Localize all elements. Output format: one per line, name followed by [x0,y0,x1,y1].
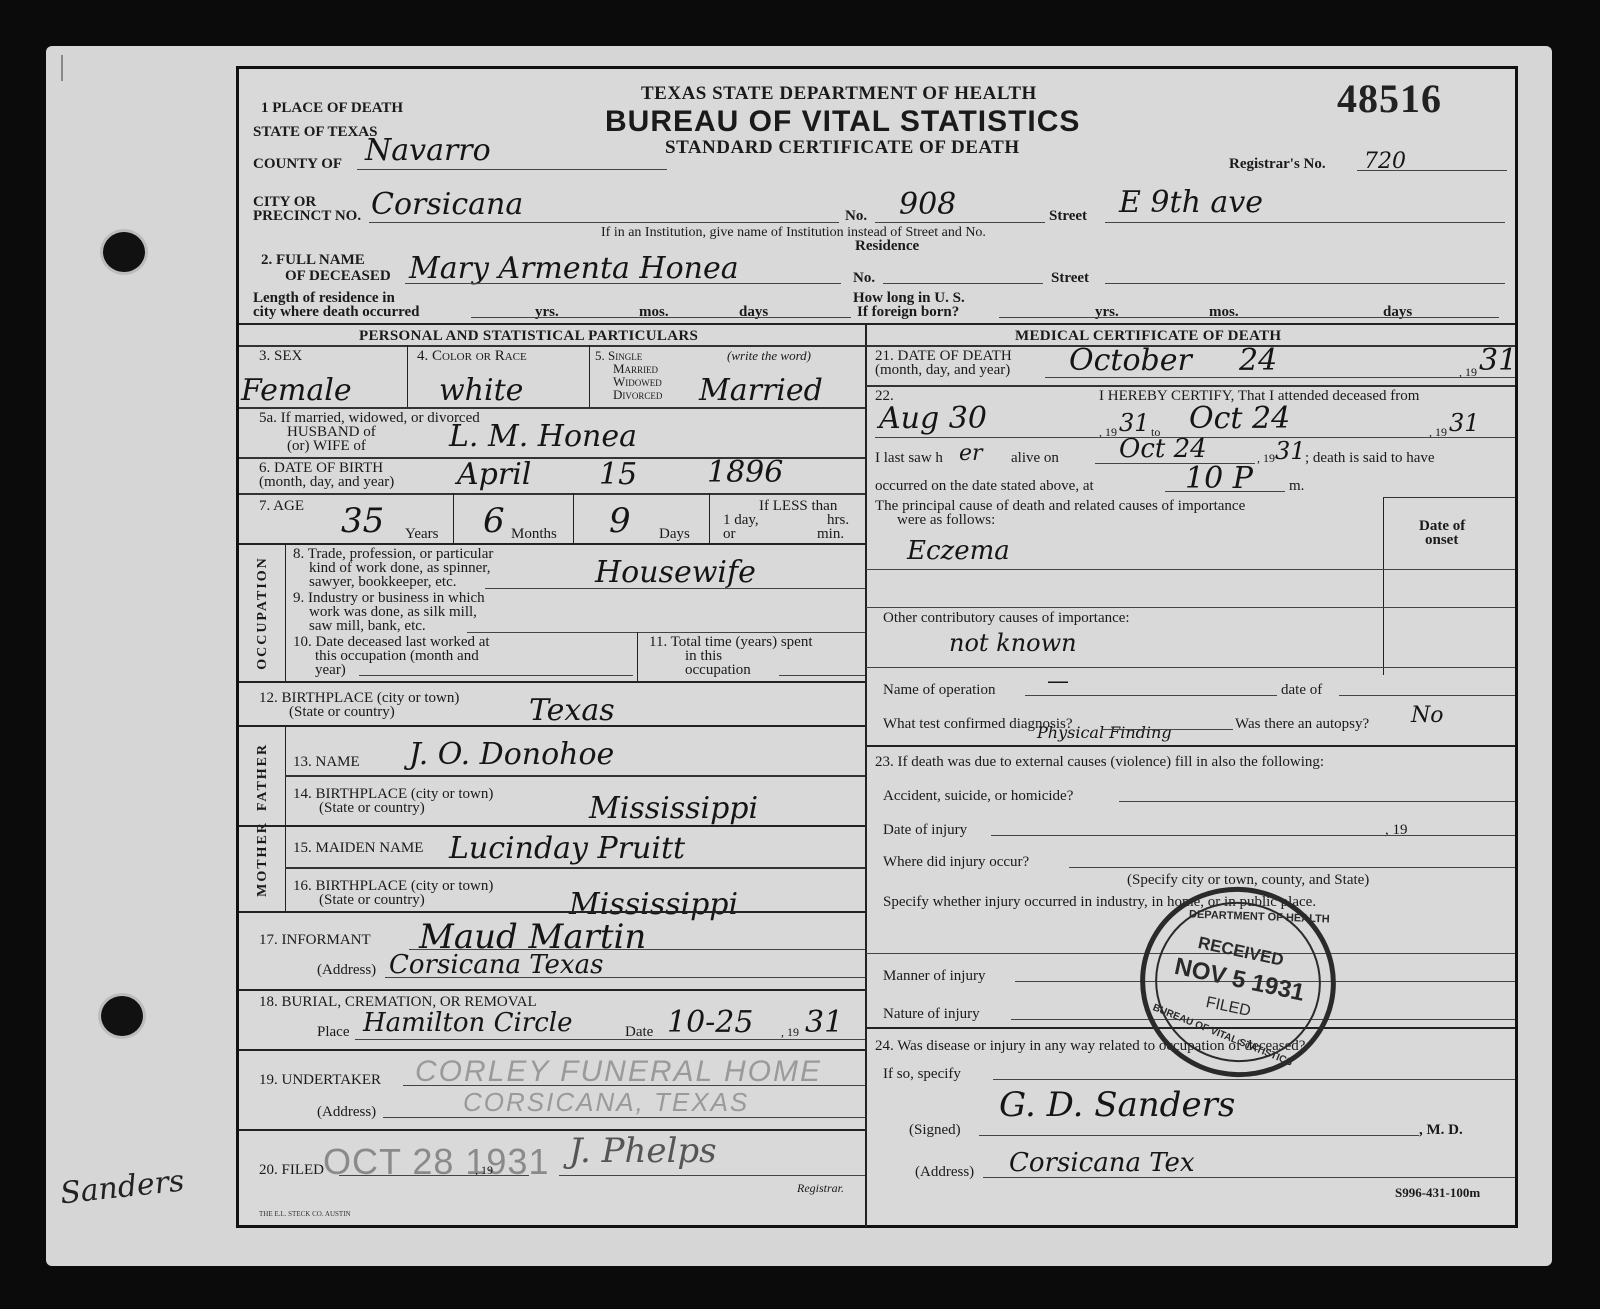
residence-no-label: No. [853,271,875,286]
undertaker-stamp: CORLEY FUNERAL HOME [415,1055,822,1089]
personal-section-title: PERSONAL AND STATISTICAL PARTICULARS [359,328,698,345]
dod-label-2: (month, day, and year) [875,363,1010,378]
institution-note: If in an Institution, give name of Insti… [601,225,986,240]
death-certificate-form: TEXAS STATE DEPARTMENT OF HEALTH BUREAU … [236,66,1518,1228]
full-name-label-2: OF DECEASED [285,269,391,284]
length-residence-label-2: city where death occurred [253,305,420,320]
undertaker-address-stamp: CORSICANA, TEXAS [463,1087,749,1118]
race-value: white [439,375,523,407]
address-no-value: 908 [899,189,956,221]
specify-note: (Specify city or town, county, and State… [1127,873,1369,888]
dod-month: October [1069,345,1192,377]
attended-to: Oct 24 [1189,403,1290,435]
printer-note: THE E.L. STECK CO. AUSTIN [259,1207,351,1222]
burial-date-label: Date [625,1025,653,1040]
street-label: Street [1049,209,1087,224]
signed-label: (Signed) [909,1123,961,1138]
death-said-label: ; death is said to have [1305,451,1435,466]
trade-value: Housewife [595,557,756,589]
operation-value: — [1047,669,1069,694]
deceased-name-value: Mary Armenta Honea [409,253,739,285]
less-than-label: If LESS than [759,499,837,514]
marital-note: (write the word) [727,349,811,363]
father-name-value: J. O. Donohoe [409,739,614,771]
industry-label-3: saw mill, bank, etc. [309,619,426,634]
test-value: Physical Finding [1037,723,1172,742]
last-worked-label-3: year) [315,663,346,678]
county-label: COUNTY OF [253,157,342,172]
undertaker-address-label: (Address) [317,1105,376,1120]
marital-divorced-label: Divorced [613,388,662,402]
physician-address-label: (Address) [915,1165,974,1180]
m-label: m. [1289,479,1304,494]
margin-tick-mark [61,55,63,81]
md-label: , M. D. [1419,1123,1463,1138]
dod-day: 24 [1239,345,1277,377]
occurred-label: occurred on the date stated above, at [875,479,1094,494]
father-side-label: FATHER [255,739,271,815]
last-saw-pronoun: er [959,441,983,466]
contributory-value: not known [949,627,1077,659]
where-injury-label: Where did injury occur? [883,855,1029,870]
dob-year: 1896 [707,457,783,489]
residence-street-label: Street [1051,271,1089,286]
age-label: 7. AGE [259,499,304,514]
city-label-2: PRECINCT NO. [253,209,361,224]
birthplace-value: Texas [529,695,615,727]
dob-month: April [457,459,531,491]
attended-from: Aug 30 [879,403,987,435]
mother-name-value: Lucinday Pruitt [449,833,685,865]
dept-title: TEXAS STATE DEPARTMENT OF HEALTH [641,83,1037,105]
residence-label: Residence [855,239,919,254]
state-label: STATE OF TEXAS [253,125,377,140]
external-causes-label: 23. If death was due to external causes … [875,755,1324,770]
age-days-label: Days [659,527,690,542]
attended-to-year: 31 [1449,407,1480,439]
date-of-label: date of [1281,683,1322,698]
race-label: 4. Color or Race [417,349,527,364]
age-years-label: Years [405,527,438,542]
age-months: 6 [483,505,505,537]
punch-hole-bottom [101,996,143,1036]
place-of-death-label: 1 PLACE OF DEATH [261,101,403,116]
occupation-side-label: OCCUPATION [255,555,271,671]
nature-label: Nature of injury [883,1007,980,1022]
full-name-label-1: 2. FULL NAME [261,253,365,268]
injury-date-label: Date of injury [883,823,967,838]
filed-date-stamp: OCT 28 1931 [323,1141,549,1183]
contributory-label: Other contributory causes of importance: [883,611,1130,626]
manner-label: Manner of injury [883,969,985,984]
registrar-signature: J. Phelps [569,1135,717,1167]
dod-year: 31 [1479,345,1517,377]
certificate-number: 48516 [1337,75,1442,122]
registrar-no-label: Registrar's No. [1229,157,1326,172]
burial-year-value: 31 [805,1007,843,1039]
last-saw-label: I last saw h [875,451,943,466]
filed-label: 20. FILED [259,1163,324,1178]
city-value: Corsicana [371,189,523,221]
age-days: 9 [609,505,631,537]
county-value: Navarro [365,135,491,167]
burial-year-prefix: , 19 [781,1025,799,1040]
how-long-us-label-2: If foreign born? [857,305,959,320]
dob-label-2: (month, day, and year) [259,475,394,490]
father-birthplace-value: Mississippi [589,793,758,825]
last-saw-year: 31 [1275,435,1306,467]
father-birthplace-label-2: (State or country) [319,801,425,816]
principal-cause-label-2: were as follows: [897,513,995,528]
birthplace-label-2: (State or country) [289,705,395,720]
trade-label-3: sawyer, bookkeeper, etc. [309,575,456,590]
age-years: 35 [341,505,384,537]
burial-place-label: Place [317,1025,349,1040]
alive-on-label: alive on [1011,451,1059,466]
mother-birthplace-label-2: (State or country) [319,893,425,908]
autopsy-value: No [1411,703,1444,728]
if-so-label: If so, specify [883,1067,961,1082]
physician-address-value: Corsicana Tex [1009,1147,1195,1179]
less-than-min-label: min. [817,527,844,542]
total-time-label-3: occupation [685,663,751,678]
undertaker-label: 19. UNDERTAKER [259,1073,381,1088]
form-code: S996-431-100m [1395,1185,1480,1200]
address-no-label: No. [845,209,867,224]
form-title: STANDARD CERTIFICATE OF DEATH [665,137,1020,159]
total-time-label-1: 11. Total time (years) spent [649,635,813,650]
last-saw-year-prefix: , 19 [1257,451,1275,466]
punch-hole-top [103,232,145,272]
date-of-onset-label-2: onset [1425,533,1458,548]
age-months-label: Months [511,527,557,542]
physician-signature: G. D. Sanders [999,1089,1235,1121]
principal-cause-value: Eczema [907,535,1010,567]
marital-value: Married [699,375,823,407]
informant-address-label: (Address) [317,963,376,978]
operation-label: Name of operation [883,683,995,698]
informant-label: 17. INFORMANT [259,933,371,948]
mother-name-label: 15. MAIDEN NAME [293,841,423,856]
dob-day: 15 [599,459,637,491]
less-than-or-label: or [723,527,736,542]
autopsy-label: Was there an autopsy? [1235,717,1369,732]
spouse-value: L. M. Honea [449,421,637,453]
burial-place-value: Hamilton Circle [363,1007,572,1039]
spouse-label-3: (or) WIFE of [287,439,366,454]
street-value: E 9th ave [1119,187,1263,219]
mother-side-label: MOTHER [255,817,271,901]
registrar-label: Registrar. [797,1181,844,1196]
bureau-title: BUREAU OF VITAL STATISTICS [605,105,1080,139]
sex-value: Female [241,375,352,407]
burial-date-value: 10-25 [667,1007,753,1039]
father-name-label: 13. NAME [293,755,360,770]
sex-label: 3. SEX [259,349,302,364]
accident-label: Accident, suicide, or homicide? [883,789,1073,804]
